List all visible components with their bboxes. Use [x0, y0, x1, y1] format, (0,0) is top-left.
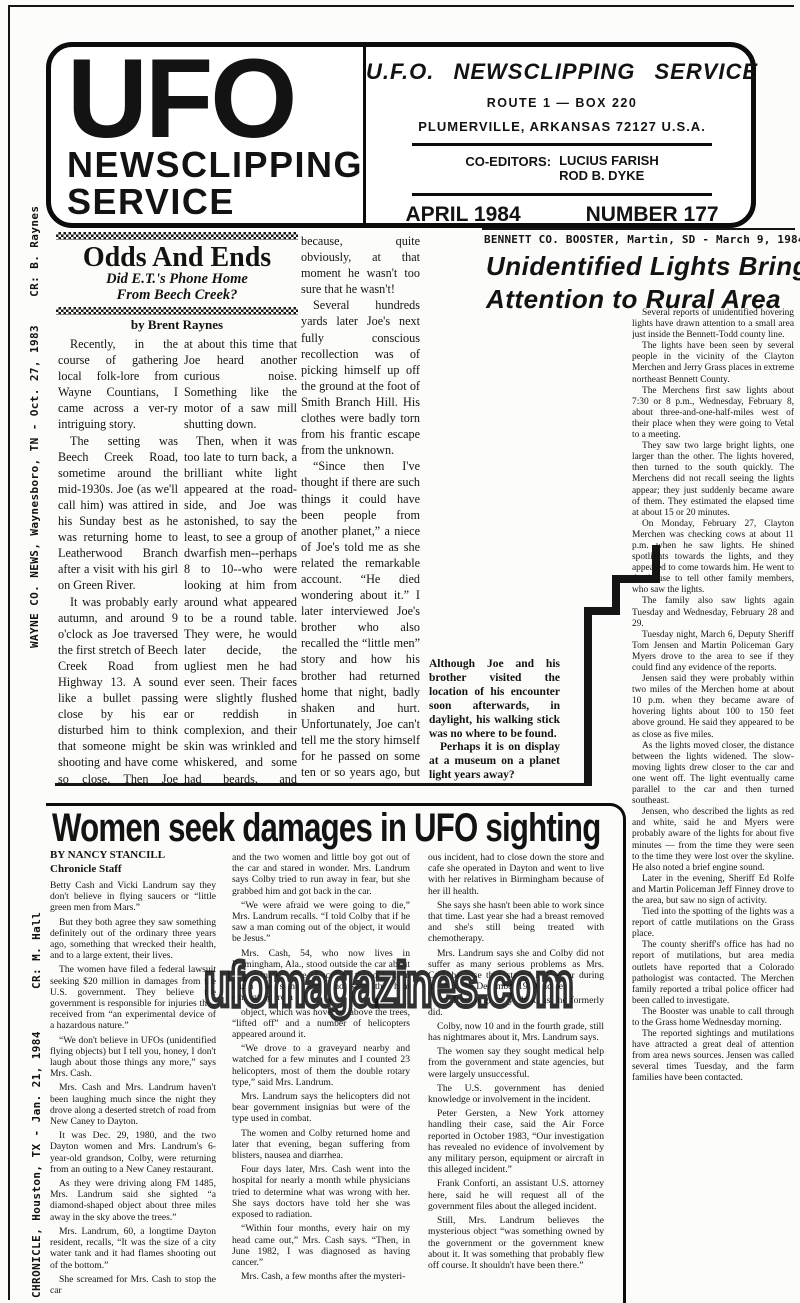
odds-article-title: Odds And Ends	[56, 243, 298, 272]
lights-top-rule	[482, 228, 795, 230]
paragraph: “Within four months, every hair on my he…	[232, 1223, 410, 1268]
source-credit-chronicle: CHRONICLE, Houston, TX - Jan. 21, 1984 C…	[30, 912, 43, 1298]
paragraph: Peter Gersten, a New York attorney handl…	[428, 1108, 604, 1175]
paragraph: Mrs. Landrum, 60, a longtime Dayton resi…	[50, 1226, 216, 1271]
paragraph: The Booster was unable to call through t…	[632, 1007, 794, 1029]
paragraph: Several hundreds yards later Joe's next …	[301, 297, 420, 458]
lights-column: Several reports of unidentified hovering…	[632, 308, 794, 1296]
watermark-text: ufomagazines.com	[204, 950, 572, 1021]
lights-dateline: BENNETT CO. BOOSTER, Martin, SD - March …	[484, 233, 800, 246]
odds-caption: Although Joe and his brother visited the…	[429, 658, 560, 783]
paragraph: Frank Conforti, an assistant U.S. attorn…	[428, 1178, 604, 1212]
masthead-title: U.F.O. NEWSCLIPPING SERVICE	[366, 59, 758, 85]
women-byline: BY NANCY STANCILL Chronicle Staff	[50, 849, 165, 877]
paragraph: at about this time that Joe heard anothe…	[184, 336, 297, 433]
paragraph: Tuesday night, March 6, Deputy Sheriff T…	[632, 630, 794, 674]
paragraph: The setting was Beech Creek Road, someti…	[58, 433, 178, 594]
paragraph: It was probably early autumn, and around…	[58, 594, 178, 785]
paragraph: It was Dec. 29, 1980, and the two Dayton…	[50, 1130, 216, 1175]
paragraph: The U.S. government has denied knowledge…	[428, 1083, 604, 1105]
issue-date: APRIL 1984	[405, 203, 520, 227]
women-byline-staff: Chronicle Staff	[50, 863, 165, 877]
odds-byline: by Brent Raynes	[56, 317, 298, 333]
lights-headline: Unidentified Lights Bring Attention to R…	[486, 250, 798, 315]
masthead: UFO NEWSCLIPPING SERVICE U.F.O. NEWSCLIP…	[46, 42, 756, 228]
women-headline: Women seek damages in UFO sighting	[52, 806, 600, 851]
checker-band-bottom	[56, 307, 298, 315]
scan-edge-left	[8, 5, 10, 1300]
paragraph: Several reports of unidentified hovering…	[632, 308, 794, 341]
paragraph: The women and Colby returned home and la…	[232, 1128, 410, 1162]
paragraph: Later in the evening, Sheriff Ed Rolfe a…	[632, 874, 794, 907]
odds-bottom-rule	[55, 783, 592, 786]
odds-subtitle-line2: From Beech Creek?	[56, 288, 298, 304]
logo-newsclipping-text: NEWSCLIPPING	[67, 147, 363, 184]
paragraph: “We don't believe in UFOs (unidentified …	[50, 1035, 216, 1080]
clipping-vertical-bar	[584, 607, 592, 786]
paragraph: Tied into the spotting of the lights was…	[632, 907, 794, 940]
masthead-logo: UFO NEWSCLIPPING SERVICE	[51, 47, 363, 223]
paragraph: On Monday, February 27, Clayton Merchen …	[632, 519, 794, 597]
odds-column-3: because, quite obviously, at that moment…	[301, 233, 420, 784]
paragraph: The family also saw lights again Tuesday…	[632, 596, 794, 629]
paragraph: Jensen said they were probably within tw…	[632, 674, 794, 741]
paragraph: Four days later, Mrs. Cash went into the…	[232, 1164, 410, 1220]
women-column-1: Betty Cash and Vicki Landrum say they do…	[50, 880, 216, 1300]
paragraph: Perhaps it is on display at a museum on …	[429, 741, 560, 783]
masthead-info: U.F.O. NEWSCLIPPING SERVICE ROUTE 1 — BO…	[363, 47, 758, 223]
paragraph: The county sheriff's office has had no r…	[632, 940, 794, 1007]
source-credit-wayne-co-news: WAYNE CO. NEWS, Waynesboro, TN - Oct. 27…	[28, 206, 41, 648]
paragraph: and the two women and little boy got out…	[232, 852, 410, 897]
women-column-3: ous incident, had to close down the stor…	[428, 852, 604, 1300]
masthead-address-line2: PLUMERVILLE, ARKANSAS 72127 U.S.A.	[418, 119, 706, 134]
scan-edge-top	[8, 5, 794, 7]
paragraph: ous incident, had to close down the stor…	[428, 852, 604, 897]
checker-band-top	[56, 232, 298, 240]
paragraph: Then, when it was too late to turn back,…	[184, 433, 297, 784]
coeditor-1: LUCIUS FARISH	[559, 153, 659, 168]
paragraph: Betty Cash and Vicki Landrum say they do…	[50, 880, 216, 914]
women-column-2: and the two women and little boy got out…	[232, 852, 410, 1300]
lights-headline-line1: Unidentified Lights Bring	[486, 251, 800, 281]
paragraph: She says she hasn't been able to work si…	[428, 900, 604, 945]
paragraph: The reported sightings and mutilations h…	[632, 1029, 794, 1084]
coeditors-row: CO-EDITORS: LUCIUS FARISH ROD B. DYKE	[465, 154, 658, 184]
paragraph: But they both agree they saw something d…	[50, 917, 216, 962]
odds-and-ends-title-block: Odds And Ends Did E.T.'s Phone Home From…	[56, 232, 298, 315]
issue-number: NUMBER 177	[586, 203, 719, 227]
paragraph: The women say they sought medical help f…	[428, 1046, 604, 1080]
paragraph: They saw two large bright lights, one la…	[632, 441, 794, 519]
newsletter-page: UFO NEWSCLIPPING SERVICE U.F.O. NEWSCLIP…	[0, 0, 800, 1303]
masthead-rule-1	[412, 143, 712, 146]
paragraph: Mrs. Cash, a few months after the myster…	[232, 1271, 410, 1282]
paragraph: The Merchens first saw lights about 7:30…	[632, 386, 794, 441]
paragraph: Recently, in the course of gathering loc…	[58, 336, 178, 433]
paragraph: “Since then I've thought if there are su…	[301, 458, 420, 784]
odds-subtitle-line1: Did E.T.'s Phone Home	[56, 272, 298, 288]
odds-column-1: Recently, in the course of gathering loc…	[58, 336, 178, 784]
paragraph: The lights have been seen by several peo…	[632, 341, 794, 385]
paragraph: Mrs. Landrum says the helicopters did no…	[232, 1091, 410, 1125]
logo-ufo-text: UFO	[67, 51, 363, 147]
masthead-address-line1: ROUTE 1 — BOX 220	[487, 96, 638, 110]
logo-service-text: SERVICE	[67, 184, 363, 221]
paragraph: She screamed for Mrs. Cash to stop the c…	[50, 1274, 216, 1296]
paragraph: “We were afraid we were going to die,” M…	[232, 900, 410, 945]
odds-column-2: at about this time that Joe heard anothe…	[184, 336, 297, 784]
paragraph: The women have filed a federal lawsuit s…	[50, 964, 216, 1031]
coeditors-label: CO-EDITORS:	[465, 154, 551, 169]
issue-row: APRIL 1984 NUMBER 177	[393, 203, 730, 227]
paragraph: because, quite obviously, at that moment…	[301, 233, 420, 297]
coeditor-names: LUCIUS FARISH ROD B. DYKE	[559, 154, 659, 184]
coeditor-2: ROD B. DYKE	[559, 168, 644, 183]
paragraph: Colby, now 10 and in the fourth grade, s…	[428, 1021, 604, 1043]
paragraph: As the lights moved closer, the distance…	[632, 741, 794, 808]
paragraph: “We drove to a graveyard nearby and watc…	[232, 1043, 410, 1088]
paragraph: Mrs. Cash and Mrs. Landrum haven't been …	[50, 1082, 216, 1127]
paragraph: Still, Mrs. Landrum believes the mysteri…	[428, 1215, 604, 1271]
paragraph: As they were driving along FM 1485, Mrs.…	[50, 1178, 216, 1223]
paragraph: Jensen, who described the lights as red …	[632, 807, 794, 874]
masthead-rule-2	[412, 193, 712, 196]
women-byline-author: BY NANCY STANCILL	[50, 849, 165, 863]
paragraph: Although Joe and his brother visited the…	[429, 658, 560, 741]
